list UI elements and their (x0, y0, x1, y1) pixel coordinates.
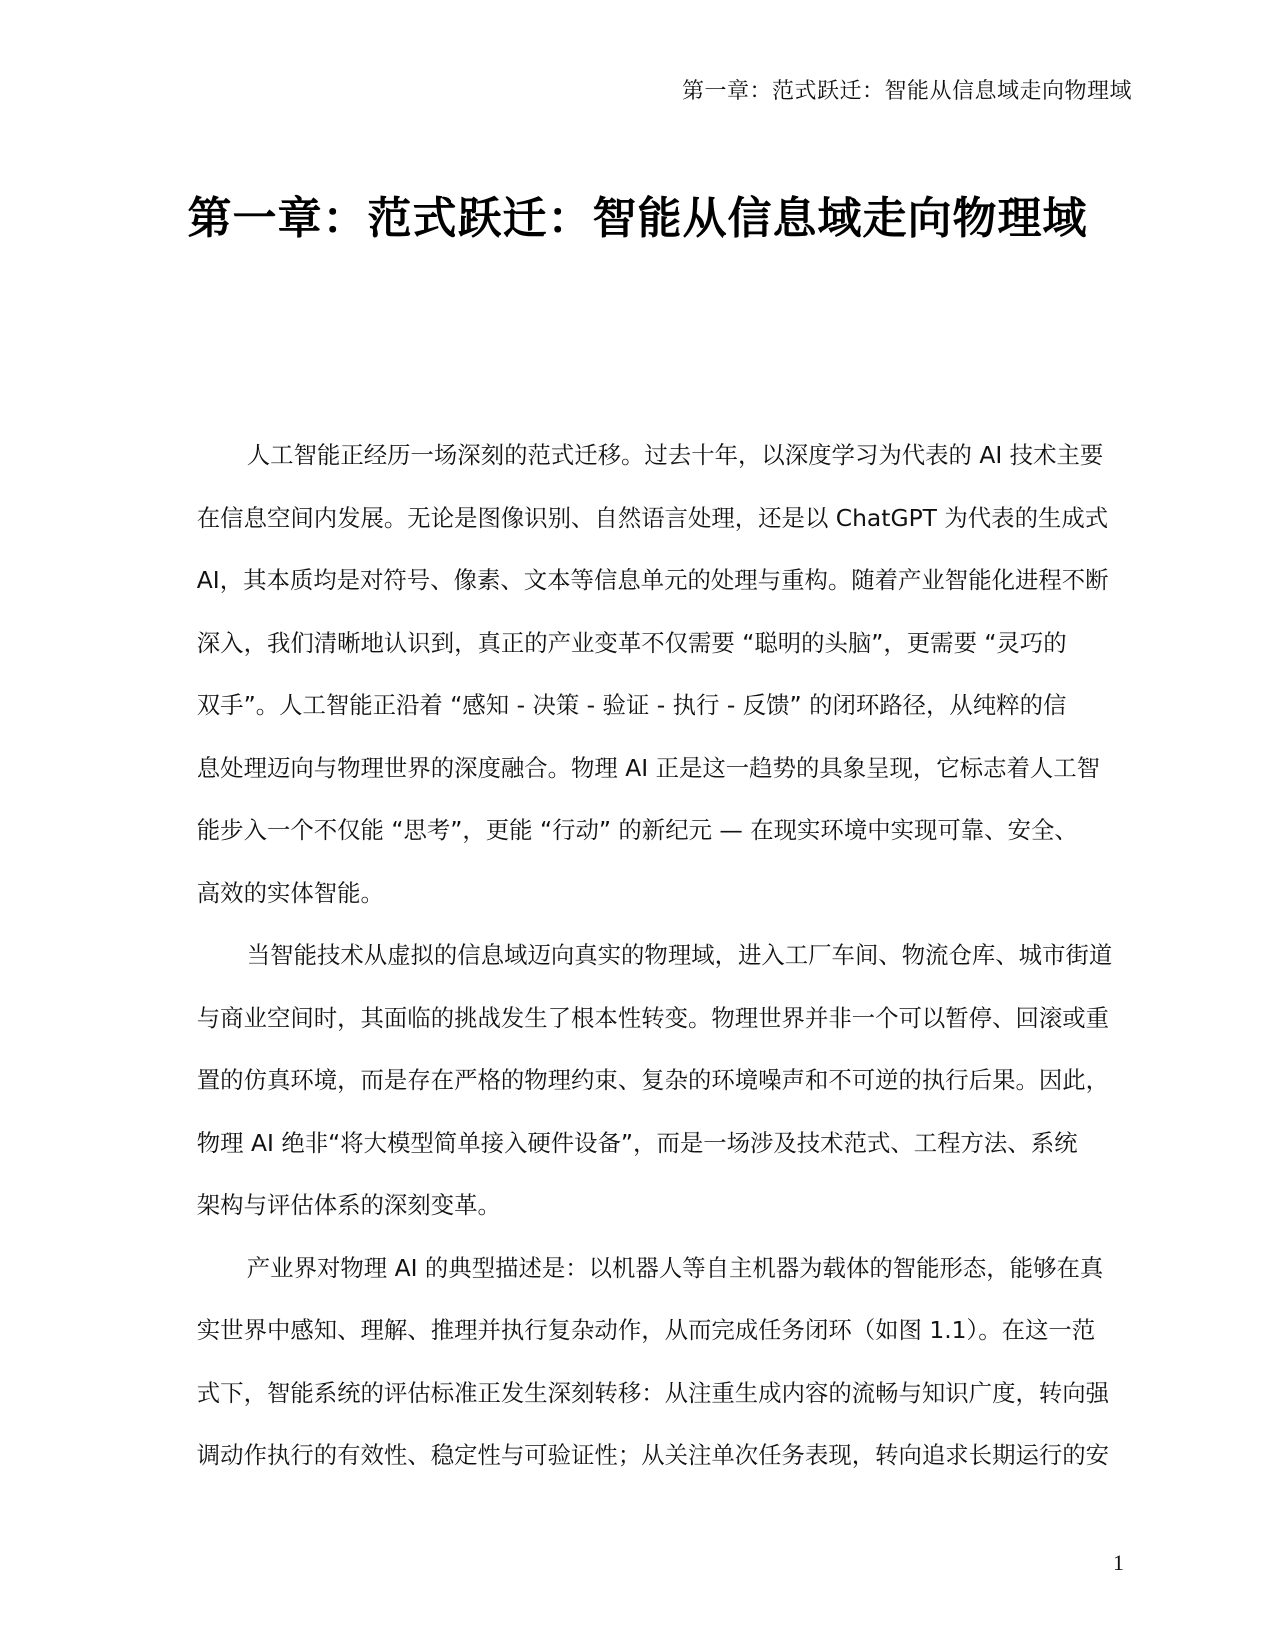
text-line: 产业界对物理 AI 的典型描述是：以机器人等自主机器为载体的智能形态，能够在真 (150, 1237, 1132, 1300)
chapter-title: 第一章：范式跃迁：智能从信息域走向物理域 (0, 189, 1275, 249)
text-line: 实世界中感知、理解、推理并执行复杂动作，从而完成任务闭环（如图 1.1）。在这一… (150, 1299, 1132, 1362)
text-line: 能步入一个不仅能 “思考”，更能 “行动” 的新纪元 — 在现实环境中实现可靠、… (150, 799, 1132, 862)
text-line: AI，其本质均是对符号、像素、文本等信息单元的处理与重构。随着产业智能化进程不断 (150, 549, 1132, 612)
text-line: 调动作执行的有效性、稳定性与可验证性；从关注单次任务表现，转向追求长期运行的安 (150, 1424, 1132, 1487)
text-line: 与商业空间时，其面临的挑战发生了根本性转变。物理世界并非一个可以暂停、回滚或重 (150, 987, 1132, 1050)
text-line: 高效的实体智能。 (150, 862, 1132, 925)
paragraph-3: 产业界对物理 AI 的典型描述是：以机器人等自主机器为载体的智能形态，能够在真 … (150, 1237, 1132, 1487)
text-line: 架构与评估体系的深刻变革。 (150, 1174, 1132, 1237)
page-number: 1 (1113, 1548, 1124, 1578)
text-line: 当智能技术从虚拟的信息域迈向真实的物理域，进入工厂车间、物流仓库、城市街道 (150, 924, 1132, 987)
text-line: 置的仿真环境，而是存在严格的物理约束、复杂的环境噪声和不可逆的执行后果。因此， (150, 1049, 1132, 1112)
body-text: 人工智能正经历一场深刻的范式迁移。过去十年，以深度学习为代表的 AI 技术主要 … (150, 424, 1132, 1487)
text-line: 深入，我们清晰地认识到，真正的产业变革不仅需要 “聪明的头脑”，更需要 “灵巧的 (150, 612, 1132, 675)
text-line: 双手”。人工智能正沿着 “感知 - 决策 - 验证 - 执行 - 反馈” 的闭环… (150, 674, 1132, 737)
text-line: 人工智能正经历一场深刻的范式迁移。过去十年，以深度学习为代表的 AI 技术主要 (150, 424, 1132, 487)
paragraph-1: 人工智能正经历一场深刻的范式迁移。过去十年，以深度学习为代表的 AI 技术主要 … (150, 424, 1132, 924)
text-line: 式下，智能系统的评估标准正发生深刻转移：从注重生成内容的流畅与知识广度，转向强 (150, 1362, 1132, 1425)
running-header: 第一章：范式跃迁：智能从信息域走向物理域 (682, 76, 1132, 108)
text-line: 物理 AI 绝非“将大模型简单接入硬件设备”，而是一场涉及技术范式、工程方法、系… (150, 1112, 1132, 1175)
text-line: 在信息空间内发展。无论是图像识别、自然语言处理，还是以 ChatGPT 为代表的… (150, 487, 1132, 550)
text-line: 息处理迈向与物理世界的深度融合。物理 AI 正是这一趋势的具象呈现，它标志着人工… (150, 737, 1132, 800)
paragraph-2: 当智能技术从虚拟的信息域迈向真实的物理域，进入工厂车间、物流仓库、城市街道 与商… (150, 924, 1132, 1237)
